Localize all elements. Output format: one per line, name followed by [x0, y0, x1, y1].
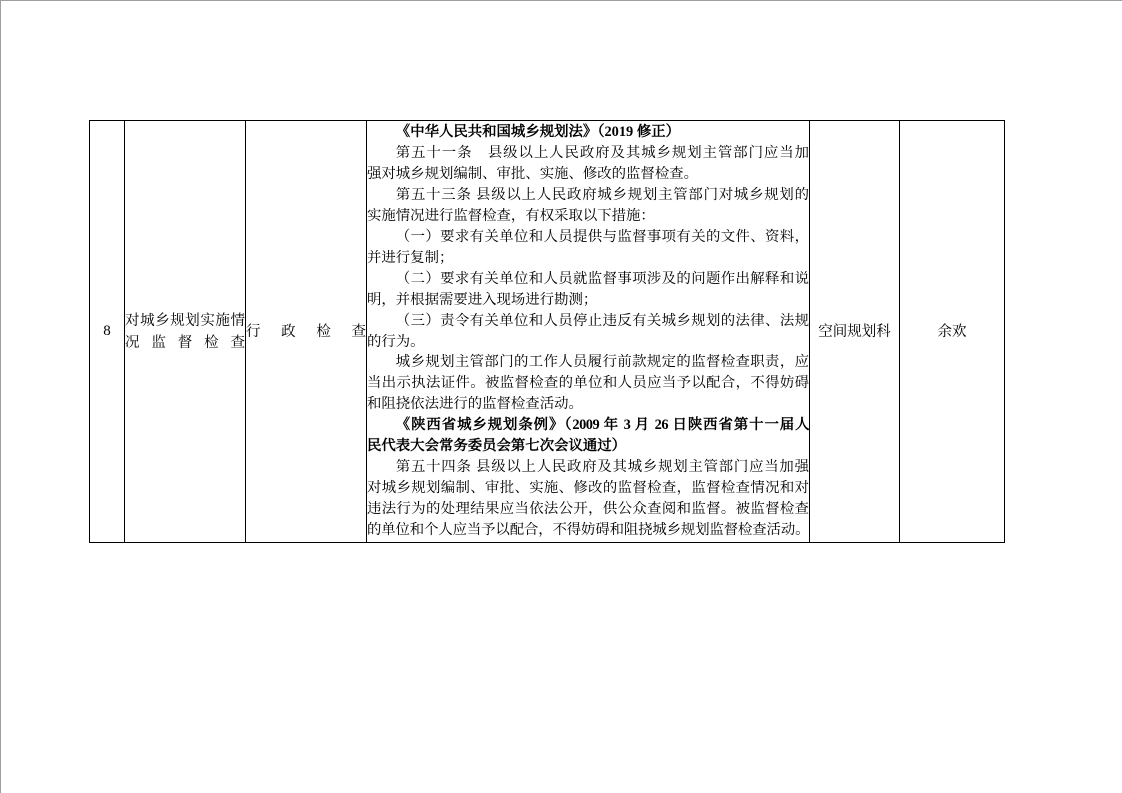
cell-item-name: 对城乡规划实施情况监督检查	[125, 121, 246, 543]
cell-responsible-person: 余欢	[900, 121, 1005, 543]
legal-text-line: 第五十三条 县级以上人民政府城乡规划主管部门对城乡规划的	[367, 185, 809, 206]
legal-heading-line: 《中华人民共和国城乡规划法》（2019 修正）	[367, 122, 809, 143]
responsible-person: 余欢	[938, 324, 967, 340]
legal-text-line: （一）要求有关单位和人员提供与监督事项有关的文件、资料，	[367, 227, 809, 248]
legal-text-line: 第五十四条 县级以上人民政府及其城乡规划主管部门应当加强	[367, 457, 809, 478]
legal-text-line: 对城乡规划编制、审批、实施、修改的监督检查，监督检查情况和对	[367, 478, 809, 499]
legal-text-line: 并进行复制；	[367, 248, 809, 269]
legal-heading-line: 《陕西省城乡规划条例》（2009 年 3 月 26 日陕西省第十一届人	[367, 415, 809, 436]
legal-text-line: 第五十一条 县级以上人民政府及其城乡规划主管部门应当加	[367, 143, 809, 164]
legal-text-line: 明，并根据需要进入现场进行勘测；	[367, 290, 809, 311]
legal-text-line: （二）要求有关单位和人员就监督事项涉及的问题作出解释和说	[367, 269, 809, 290]
serial-number: 8	[103, 323, 111, 339]
legal-text-line: 强对城乡规划编制、审批、实施、修改的监督检查。	[367, 164, 809, 185]
legal-text-line: 和阻挠依法进行的监督检查活动。	[367, 394, 809, 415]
inspection-items-table: 8 对城乡规划实施情况监督检查 行政检查 《中华人民共和国城乡规划法》（2019…	[89, 120, 1005, 543]
legal-text-line: 的单位和个人应当予以配合，不得妨碍和阻挠城乡规划监督检查活动。	[367, 520, 809, 541]
cell-department: 空间规划科	[810, 121, 900, 543]
cell-check-type: 行政检查	[246, 121, 367, 543]
item-name: 对城乡规划实施情况监督检查	[125, 313, 245, 351]
cell-serial-number: 8	[90, 121, 125, 543]
department: 空间规划科	[818, 324, 891, 340]
legal-text-line: 城乡规划主管部门的工作人员履行前款规定的监督检查职责，应	[367, 352, 809, 373]
legal-heading-line: 民代表大会常务委员会第七次会议通过）	[367, 436, 809, 457]
check-type: 行政检查	[246, 324, 366, 340]
legal-text-line: （三）责令有关单位和人员停止违反有关城乡规划的法律、法规	[367, 311, 809, 332]
legal-text-line: 实施情况进行监督检查，有权采取以下措施：	[367, 206, 809, 227]
cell-legal-basis: 《中华人民共和国城乡规划法》（2019 修正） 第五十一条 县级以上人民政府及其…	[367, 121, 810, 543]
document-page: 8 对城乡规划实施情况监督检查 行政检查 《中华人民共和国城乡规划法》（2019…	[0, 0, 1122, 793]
table-row: 8 对城乡规划实施情况监督检查 行政检查 《中华人民共和国城乡规划法》（2019…	[90, 121, 1005, 543]
legal-text-line: 违法行为的处理结果应当依法公开，供公众查阅和监督。被监督检查	[367, 499, 809, 520]
legal-text-line: 当出示执法证件。被监督检查的单位和人员应当予以配合，不得妨碍	[367, 373, 809, 394]
legal-text-line: 的行为。	[367, 332, 809, 353]
